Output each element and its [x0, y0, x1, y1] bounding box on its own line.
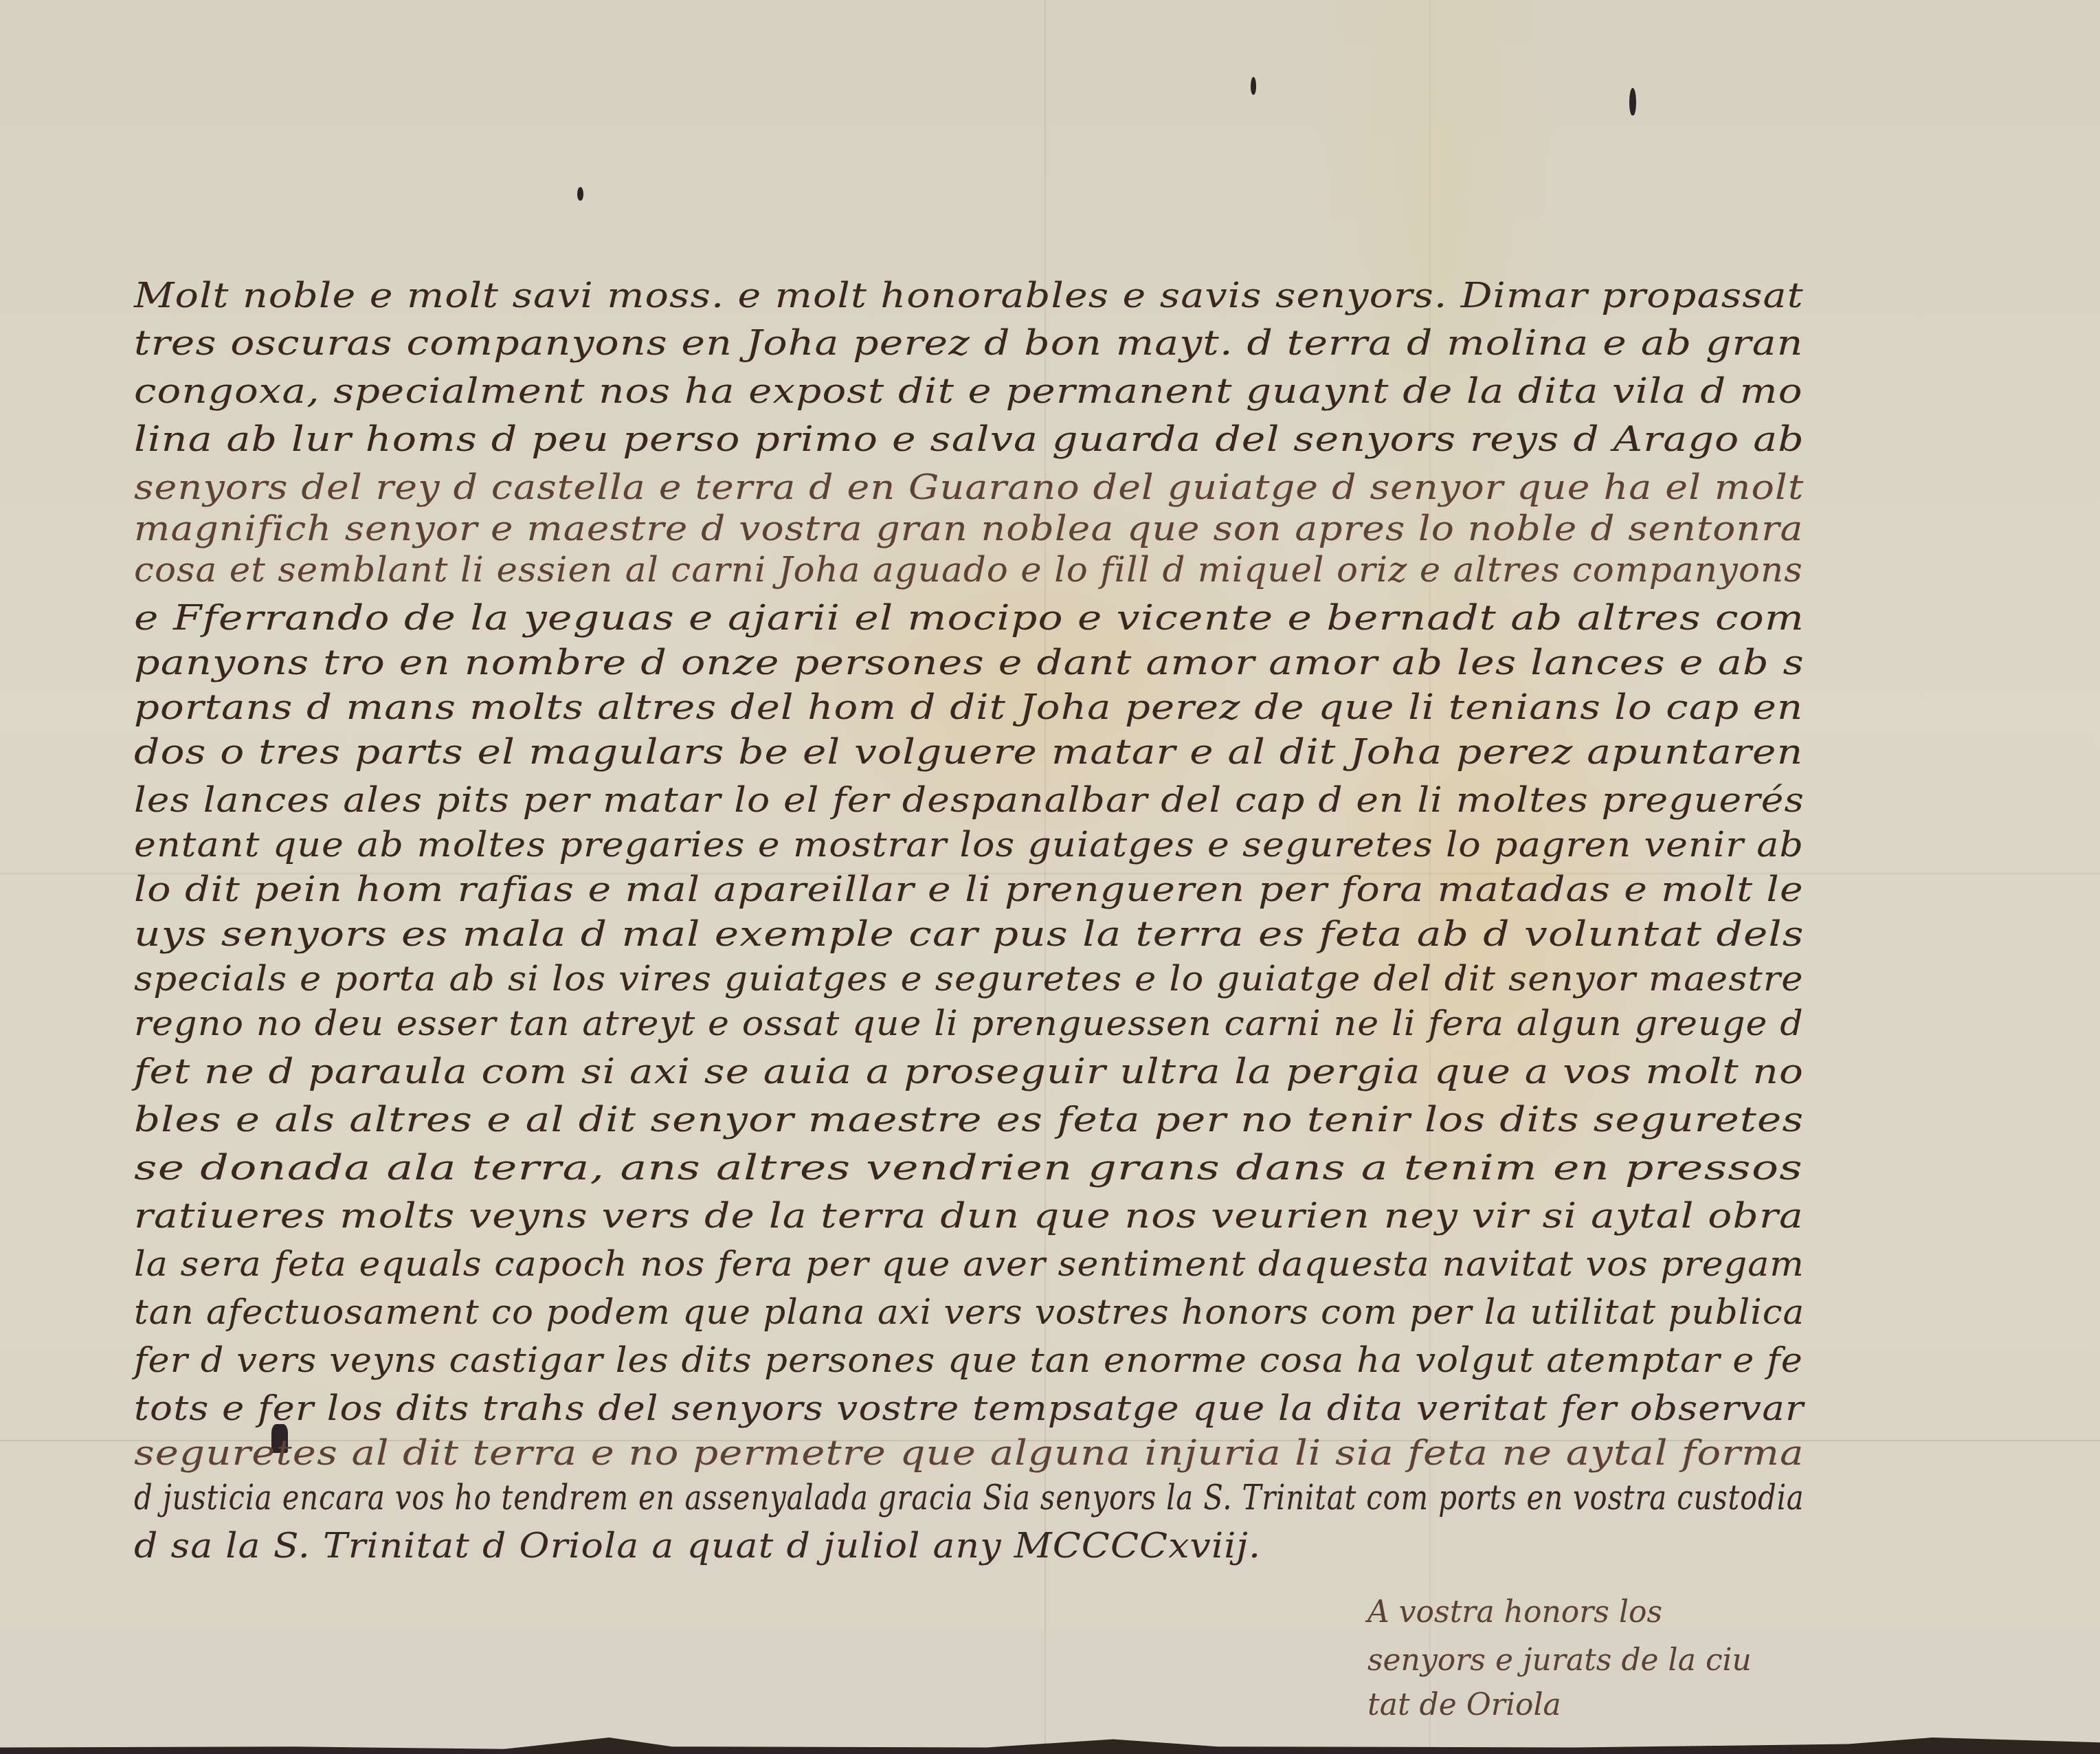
- signature-line-3: tat de Oriola: [1367, 1687, 1561, 1722]
- text-line-3: congoxa, specialment nos ha expost dit e…: [134, 371, 1803, 411]
- text-line-12: les lances ales pits per matar lo el fer…: [134, 780, 1805, 820]
- text-line-23: tan afectuosament co podem que plana axi…: [134, 1292, 1805, 1332]
- text-line-9: panyons tro en nombre d onze persones e …: [134, 643, 1805, 682]
- ink-speck: [1629, 88, 1636, 115]
- text-line-8: e Fferrando de la yeguas e ajarii el moc…: [134, 598, 1805, 638]
- signature-line-2: senyors e jurats de la ciu: [1367, 1643, 1752, 1678]
- text-line-6: magnifich senyor e maestre d vostra gran…: [134, 509, 1804, 548]
- text-line-20: se donada ala terra, ans altres vendrien…: [134, 1148, 1803, 1188]
- text-line-21: ratiueres molts veyns vers de la terra d…: [134, 1196, 1804, 1236]
- text-line-26: seguretes al dit terra e no permetre que…: [134, 1433, 1805, 1473]
- text-line-14: lo dit pein hom rafias e mal apareillar …: [134, 869, 1804, 909]
- text-line-11: dos o tres parts el magulars be el volgu…: [134, 732, 1803, 772]
- manuscript-page: ​Molt noble e molt savi moss. e molt hon…: [0, 0, 2100, 1754]
- text-line-7: cosa et semblant li essien al carni Joha…: [134, 550, 1803, 590]
- text-line-22: la sera feta equals capoch nos fera per …: [134, 1244, 1805, 1284]
- ink-speck: [577, 187, 583, 201]
- text-line-18: fet ne d paraula com si axi se auia a pr…: [134, 1052, 1804, 1091]
- text-line-1: ​Molt noble e molt savi moss. e molt hon…: [134, 275, 1804, 315]
- text-line-4: lina ab lur homs d peu perso primo e sal…: [134, 419, 1805, 459]
- ink-speck: [1251, 77, 1256, 95]
- text-line-27: d justicia encara vos ho tendrem en asse…: [134, 1478, 1805, 1518]
- text-line-10: portans d mans molts altres del hom d di…: [134, 687, 1803, 727]
- text-line-25: tots e fer los dits trahs del senyors vo…: [134, 1388, 1804, 1428]
- text-line-5: senyors del rey d castella e terra d en …: [134, 467, 1804, 507]
- text-line-2: tres oscuras companyons en Joha perez d …: [134, 323, 1803, 363]
- text-line-15: uys senyors es mala d mal exemple car pu…: [134, 914, 1805, 954]
- signature-line-1: A vostra honors los: [1367, 1595, 1662, 1630]
- text-line-24: fer d vers veyns castigar les dits perso…: [134, 1340, 1803, 1380]
- text-line-28: d sa la S. Trinitat d Oriola a quat d ju…: [134, 1526, 1261, 1566]
- text-line-19: bles e als altres e al dit senyor maestr…: [134, 1100, 1804, 1140]
- text-line-16: specials e porta ab si los vires guiatge…: [134, 959, 1804, 999]
- text-line-17: regno no deu esser tan atreyt e ossat qu…: [134, 1003, 1804, 1043]
- text-line-13: entant que ab moltes pregaries e mostrar…: [134, 825, 1804, 865]
- page-bottom-shadow-edge: [0, 1738, 2100, 1754]
